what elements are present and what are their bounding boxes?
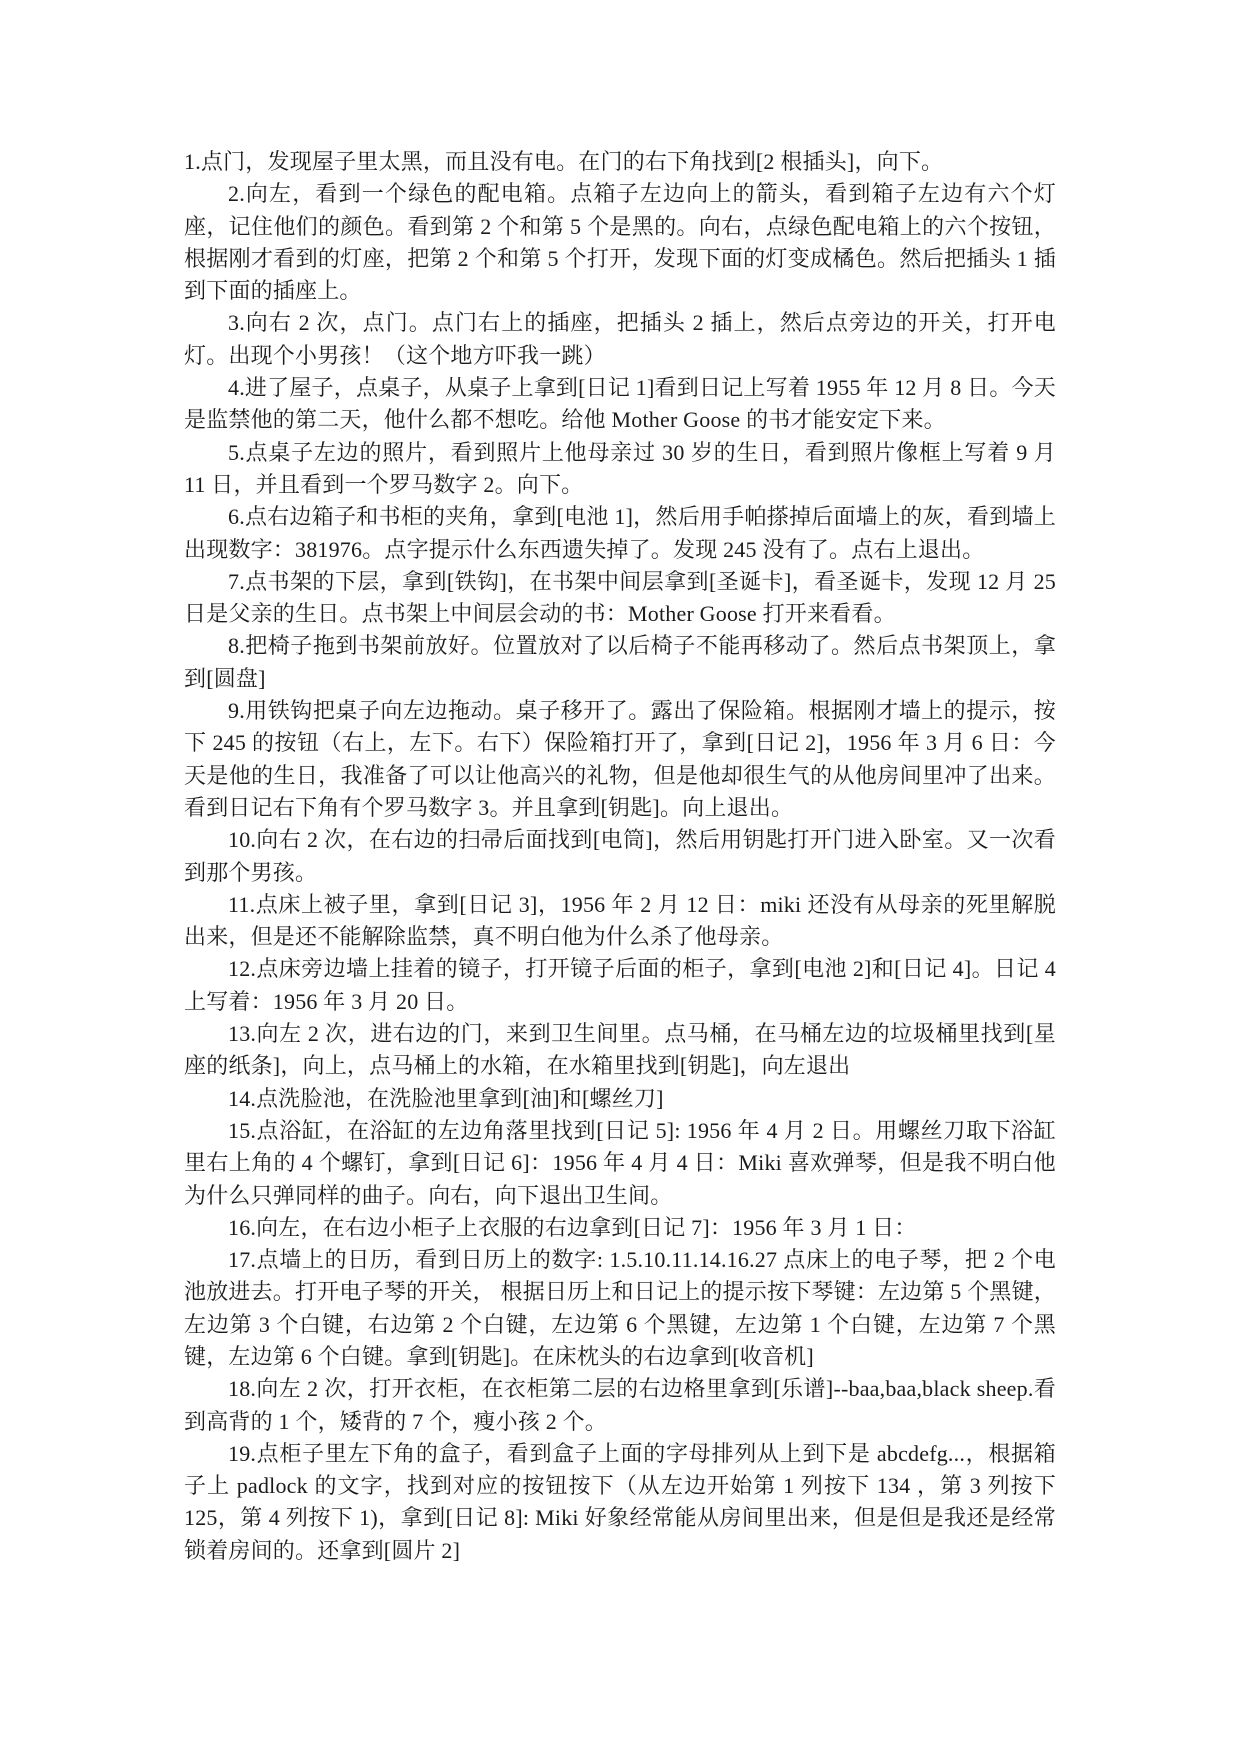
walkthrough-step-3: 3.向右 2 次，点门。点门右上的插座，把插头 2 插上，然后点旁边的开关，打开… xyxy=(184,307,1056,372)
walkthrough-text-block: 1.点门，发现屋子里太黑，而且没有电。在门的右下角找到[2 根插头]，向下。 2… xyxy=(184,146,1056,1567)
walkthrough-step-10: 10.向右 2 次，在右边的扫帚后面找到[电筒]，然后用钥匙打开门进入卧室。又一… xyxy=(184,824,1056,889)
walkthrough-step-9: 9.用铁钩把桌子向左边拖动。桌子移开了。露出了保险箱。根据刚才墙上的提示，按下 … xyxy=(184,695,1056,824)
walkthrough-step-17: 17.点墙上的日历，看到日历上的数字: 1.5.10.11.14.16.27 点… xyxy=(184,1244,1056,1373)
walkthrough-step-14: 14.点洗脸池，在洗脸池里拿到[油]和[螺丝刀] xyxy=(184,1083,1056,1115)
walkthrough-step-5: 5.点桌子左边的照片，看到照片上他母亲过 30 岁的生日，看到照片像框上写着 9… xyxy=(184,437,1056,502)
walkthrough-step-19: 19.点柜子里左下角的盒子，看到盒子上面的字母排列从上到下是 abcdefg..… xyxy=(184,1438,1056,1567)
walkthrough-step-7: 7.点书架的下层，拿到[铁钩]，在书架中间层拿到[圣诞卡]，看圣诞卡，发现 12… xyxy=(184,566,1056,631)
walkthrough-step-13: 13.向左 2 次，进右边的门，来到卫生间里。点马桶，在马桶左边的垃圾桶里找到[… xyxy=(184,1018,1056,1083)
walkthrough-step-11: 11.点床上被子里，拿到[日记 3]，1956 年 2 月 12 日：miki … xyxy=(184,889,1056,954)
walkthrough-step-18: 18.向左 2 次，打开衣柜，在衣柜第二层的右边格里拿到[乐谱]--baa,ba… xyxy=(184,1373,1056,1438)
walkthrough-step-16: 16.向左，在右边小柜子上衣服的右边拿到[日记 7]：1956 年 3 月 1 … xyxy=(184,1212,1056,1244)
walkthrough-step-6: 6.点右边箱子和书柜的夹角，拿到[电池 1]，然后用手帕搽掉后面墙上的灰，看到墙… xyxy=(184,501,1056,566)
walkthrough-step-1: 1.点门，发现屋子里太黑，而且没有电。在门的右下角找到[2 根插头]，向下。 xyxy=(184,146,1056,178)
walkthrough-step-2: 2.向左，看到一个绿色的配电箱。点箱子左边向上的箭头，看到箱子左边有六个灯座，记… xyxy=(184,178,1056,307)
walkthrough-step-12: 12.点床旁边墙上挂着的镜子，打开镜子后面的柜子，拿到[电池 2]和[日记 4]… xyxy=(184,953,1056,1018)
document-page: 1.点门，发现屋子里太黑，而且没有电。在门的右下角找到[2 根插头]，向下。 2… xyxy=(0,0,1241,1754)
walkthrough-step-8: 8.把椅子拖到书架前放好。位置放对了以后椅子不能再移动了。然后点书架顶上，拿到[… xyxy=(184,630,1056,695)
walkthrough-step-15: 15.点浴缸，在浴缸的左边角落里找到[日记 5]: 1956 年 4 月 2 日… xyxy=(184,1115,1056,1212)
walkthrough-step-4: 4.进了屋子，点桌子，从桌子上拿到[日记 1]看到日记上写着 1955 年 12… xyxy=(184,372,1056,437)
